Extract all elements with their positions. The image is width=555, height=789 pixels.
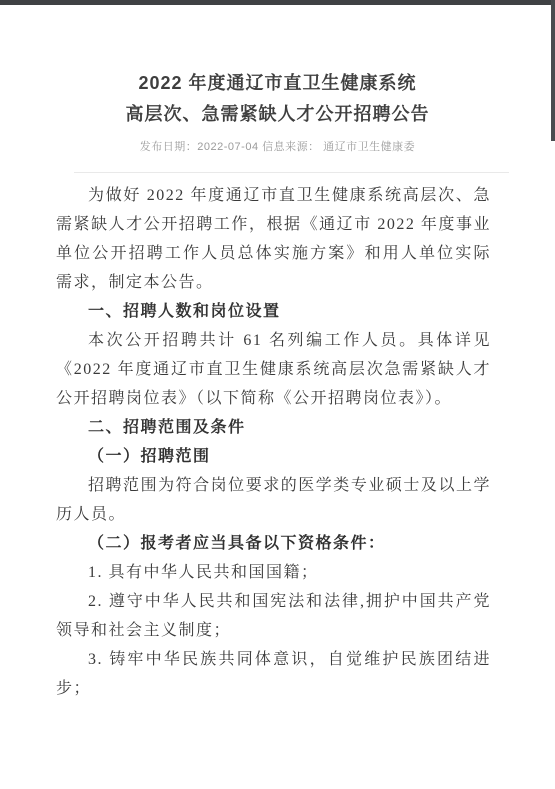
- scope-paragraph: 招聘范围为符合岗位要求的医学类专业硕士及以上学历人员。: [56, 471, 491, 529]
- document-title: 2022 年度通辽市直卫生健康系统 高层次、急需紧缺人才公开招聘公告: [0, 0, 555, 130]
- intro-paragraph: 为做好 2022 年度通辽市直卫生健康系统高层次、急需紧缺人才公开招聘工作，根据…: [56, 181, 491, 297]
- header-divider: [74, 172, 509, 173]
- title-line-1: 2022 年度通辽市直卫生健康系统: [40, 68, 515, 99]
- positions-paragraph: 本次公开招聘共计 61 名列编工作人员。具体详见《2022 年度通辽市直卫生健康…: [56, 326, 491, 413]
- section-heading-scope-conditions: 二、招聘范围及条件: [56, 413, 491, 442]
- qualification-item-1: 1. 具有中华人民共和国国籍；: [56, 558, 491, 587]
- subsection-heading-scope: （一）招聘范围: [56, 442, 491, 471]
- title-line-2: 高层次、急需紧缺人才公开招聘公告: [40, 99, 515, 130]
- qualification-item-3: 3. 铸牢中华民族共同体意识，自觉维护民族团结进步；: [56, 645, 491, 703]
- scrollbar-thumb[interactable]: [551, 0, 555, 141]
- article-body: 为做好 2022 年度通辽市直卫生健康系统高层次、急需紧缺人才公开招聘工作，根据…: [0, 181, 555, 703]
- section-heading-positions: 一、招聘人数和岗位设置: [56, 297, 491, 326]
- subsection-heading-qualifications: （二）报考者应当具备以下资格条件：: [56, 529, 491, 558]
- qualification-item-2: 2. 遵守中华人民共和国宪法和法律,拥护中国共产党领导和社会主义制度；: [56, 587, 491, 645]
- publish-meta: 发布日期：2022-07-04 信息来源： 通辽市卫生健康委: [0, 140, 555, 155]
- document-page: 2022 年度通辽市直卫生健康系统 高层次、急需紧缺人才公开招聘公告 发布日期：…: [0, 0, 555, 789]
- window-top-edge: [0, 0, 555, 5]
